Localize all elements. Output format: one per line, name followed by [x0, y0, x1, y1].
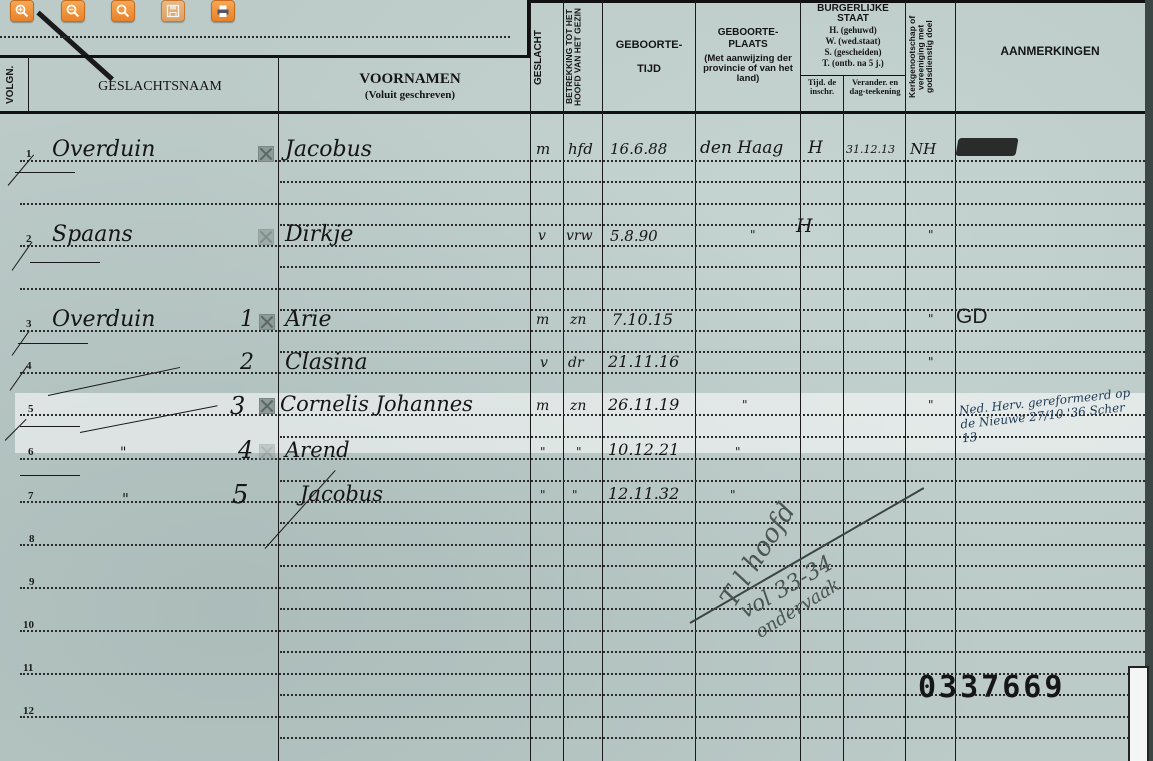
header-bottom-border	[0, 111, 1145, 114]
entry-7-surname-ditto: "	[122, 490, 129, 508]
cancel-mark	[30, 262, 100, 263]
burgerlijke-subdivider	[800, 75, 905, 76]
row-line-8	[20, 544, 1145, 546]
entry-6-sex: "	[540, 445, 546, 459]
header-geslacht: GESLACHT	[534, 8, 560, 108]
entry-1-change-date: 31.12.13	[846, 143, 895, 156]
entry-3-surname: Overduin	[52, 307, 155, 332]
entry-3-religion: "	[928, 312, 934, 326]
row-number-11: 11	[23, 662, 33, 674]
entry-2-surname: Spaans	[52, 222, 133, 247]
col-line-betrekking	[563, 0, 564, 761]
printer-icon	[216, 4, 230, 18]
cancel-mark	[18, 343, 88, 344]
stamp-checkbox	[258, 229, 274, 245]
header-voornamen: VOORNAMEN	[300, 72, 520, 88]
stamp-checkbox	[259, 314, 275, 330]
header-volgn: VOLGN.	[6, 62, 24, 108]
floppy-disk-icon	[166, 4, 180, 18]
sub-line	[280, 565, 1145, 567]
col-line-verander	[843, 76, 844, 761]
header-geboorteplaats-sub: (Met aanwijzing der provincie of van het…	[699, 54, 797, 84]
entry-1-sex: m	[536, 140, 550, 158]
entry-2-relation: vrw	[566, 228, 593, 244]
entry-6-birth-place: "	[735, 445, 741, 459]
entry-2-birth-place: "	[750, 228, 756, 242]
header-burgerlijke-code-t: T. (ontb. na 5 j.)	[802, 59, 904, 68]
header-burgerlijke-code-s: S. (gescheiden)	[802, 48, 904, 57]
entry-3-remarks-gd: GD	[956, 305, 988, 329]
cancel-mark	[20, 426, 80, 427]
zoom-reset-button[interactable]	[111, 0, 135, 22]
header-voornamen-sub: (Voluit geschreven)	[300, 90, 520, 102]
row-line-12	[20, 716, 1145, 718]
entry-5-child-no: 3	[230, 392, 245, 420]
entry-7-birth-date: 12.11.32	[608, 484, 679, 503]
row-number-7: 7	[28, 490, 34, 502]
row-line-1	[20, 160, 1145, 162]
row-number-5: 5	[28, 403, 34, 415]
entry-2-first-names: Dirkje	[285, 222, 353, 247]
stamp-checkbox	[259, 444, 275, 460]
entry-5-birth-place: "	[742, 398, 748, 412]
header-geboorteplaats-2: PLAATS	[697, 40, 799, 51]
stamp-checkbox	[258, 146, 274, 162]
entry-4-birth-date: 21.11.16	[608, 352, 679, 371]
print-button[interactable]	[211, 0, 235, 22]
entry-3-first-names: Arie	[285, 307, 331, 332]
entry-3-birth-date: 7.10.15	[612, 310, 673, 329]
entry-5-birth-date: 26.11.19	[608, 395, 679, 414]
col-line-geboortetijd	[602, 0, 603, 761]
row-line-9	[20, 587, 1145, 589]
sub-line	[280, 522, 1145, 524]
header-geboorteplaats-1: GEBOORTE-	[697, 28, 799, 39]
row-number-6: 6	[28, 446, 34, 458]
entry-1-birth-place: den Haag	[700, 138, 783, 158]
page-thumbnail[interactable]	[1128, 666, 1149, 761]
row-line-2	[20, 245, 1145, 247]
entry-5-relation: zn	[570, 398, 586, 414]
entry-4-religion: "	[928, 355, 934, 369]
row-number-12: 12	[23, 705, 34, 717]
header-geslachtsnaam: GESLACHTSNAAM	[60, 80, 260, 95]
top-dotted-line	[0, 36, 510, 38]
scanned-register-page	[0, 0, 1145, 761]
entry-7-sex: "	[540, 488, 546, 502]
col-line-aanmerkingen	[955, 0, 956, 761]
row-line-7	[20, 501, 1145, 503]
zoom-in-icon	[15, 4, 29, 18]
entry-6-birth-date: 10.12.21	[608, 440, 679, 459]
header-geboortetijd-1: GEBOORTE-	[604, 40, 694, 52]
row-line-4	[20, 372, 1145, 374]
header-geboortetijd-2: TIJD	[604, 64, 694, 76]
entry-6-surname-ditto: "	[120, 445, 126, 461]
row-line-2b	[20, 288, 1145, 290]
row-line-6	[20, 458, 1145, 460]
entry-2-civil-status: H	[796, 215, 813, 237]
col-line-geslacht	[530, 0, 531, 761]
row-number-10: 10	[23, 619, 34, 631]
zoom-out-button[interactable]	[61, 0, 85, 22]
row-line-3	[20, 330, 1145, 332]
zoom-out-icon	[66, 4, 80, 18]
header-burgerlijke-code-h: H. (gehuwd)	[802, 26, 904, 35]
entry-3-relation: zn	[570, 312, 586, 328]
entry-4-relation: dr	[568, 355, 584, 371]
entry-6-child-no: 4	[238, 436, 253, 464]
cancel-mark	[15, 172, 75, 173]
entry-1-birth-date: 16.6.88	[610, 140, 667, 158]
magnifier-icon	[116, 4, 130, 18]
sub-line	[280, 651, 1145, 653]
entry-2-sex: v	[538, 228, 546, 244]
sub-line	[280, 266, 1145, 268]
col-line-burgerlijke	[800, 0, 801, 761]
col-line-volgn	[28, 56, 29, 112]
entry-5-sex: m	[536, 398, 549, 414]
header-tijd-inschr: Tijd. de inschr.	[802, 78, 842, 96]
sub-line	[280, 224, 1145, 226]
entry-2-religion: "	[928, 228, 934, 242]
entry-1-civil-status: H	[808, 138, 823, 158]
sub-line	[280, 309, 1145, 311]
entry-2-birth-date: 5.8.90	[610, 227, 658, 245]
sub-line	[280, 480, 1145, 482]
header-aanmerkingen: AANMERKINGEN	[960, 45, 1140, 58]
row-line-1b	[20, 203, 1145, 205]
save-button[interactable]	[161, 0, 185, 22]
entry-7-child-no: 5	[232, 480, 249, 510]
archive-stamp-number: 0337669	[918, 670, 1065, 705]
header-kerkgenootschap: Kerkgenootschap of vereeniging met godsd…	[908, 4, 952, 110]
stamp-checkbox	[259, 398, 275, 414]
entry-6-relation: "	[576, 445, 582, 459]
row-number-3: 3	[26, 318, 32, 330]
sub-line	[280, 737, 1145, 739]
entry-1-first-names: Jacobus	[285, 137, 372, 162]
entry-3-child-no: 1	[240, 307, 254, 332]
entry-5-religion: "	[928, 398, 934, 412]
scan-edge	[1145, 0, 1153, 761]
zoom-in-button[interactable]	[10, 0, 34, 22]
header-verander: Verander. en dag-teekening	[845, 78, 905, 96]
header-burgerlijke-code-w: W. (wed.staat)	[802, 37, 904, 46]
entry-1-surname: Overduin	[52, 137, 155, 162]
row-number-8: 8	[29, 533, 35, 545]
entry-1-religion: NH	[910, 140, 936, 158]
entry-6-first-names: Arend	[285, 438, 350, 462]
sub-line	[280, 181, 1145, 183]
header-burgerlijke-2: STAAT	[802, 14, 904, 25]
entry-4-child-no: 2	[240, 350, 254, 375]
entry-4-first-names: Clasina	[285, 350, 368, 375]
row-number-9: 9	[29, 576, 35, 588]
entry-5-first-names: Cornelis Johannes	[280, 392, 473, 416]
cancel-mark	[20, 475, 80, 476]
col-line-geboorteplaats	[695, 0, 696, 761]
col-line-kerk	[905, 0, 906, 761]
entry-3-sex: m	[536, 312, 549, 328]
entry-7-birth-place: "	[730, 488, 736, 502]
scribbled-out-mark	[955, 138, 1018, 156]
sub-line	[280, 351, 1145, 353]
header-betrekking: BETREKKING TOT HET HOOFD VAN HET GEZIN	[565, 4, 601, 110]
header-top-border-left	[0, 55, 530, 58]
entry-7-relation: "	[572, 488, 578, 502]
entry-4-sex: v	[540, 355, 548, 371]
entry-1-relation: hfd	[568, 140, 593, 158]
row-line-10	[20, 630, 1145, 632]
